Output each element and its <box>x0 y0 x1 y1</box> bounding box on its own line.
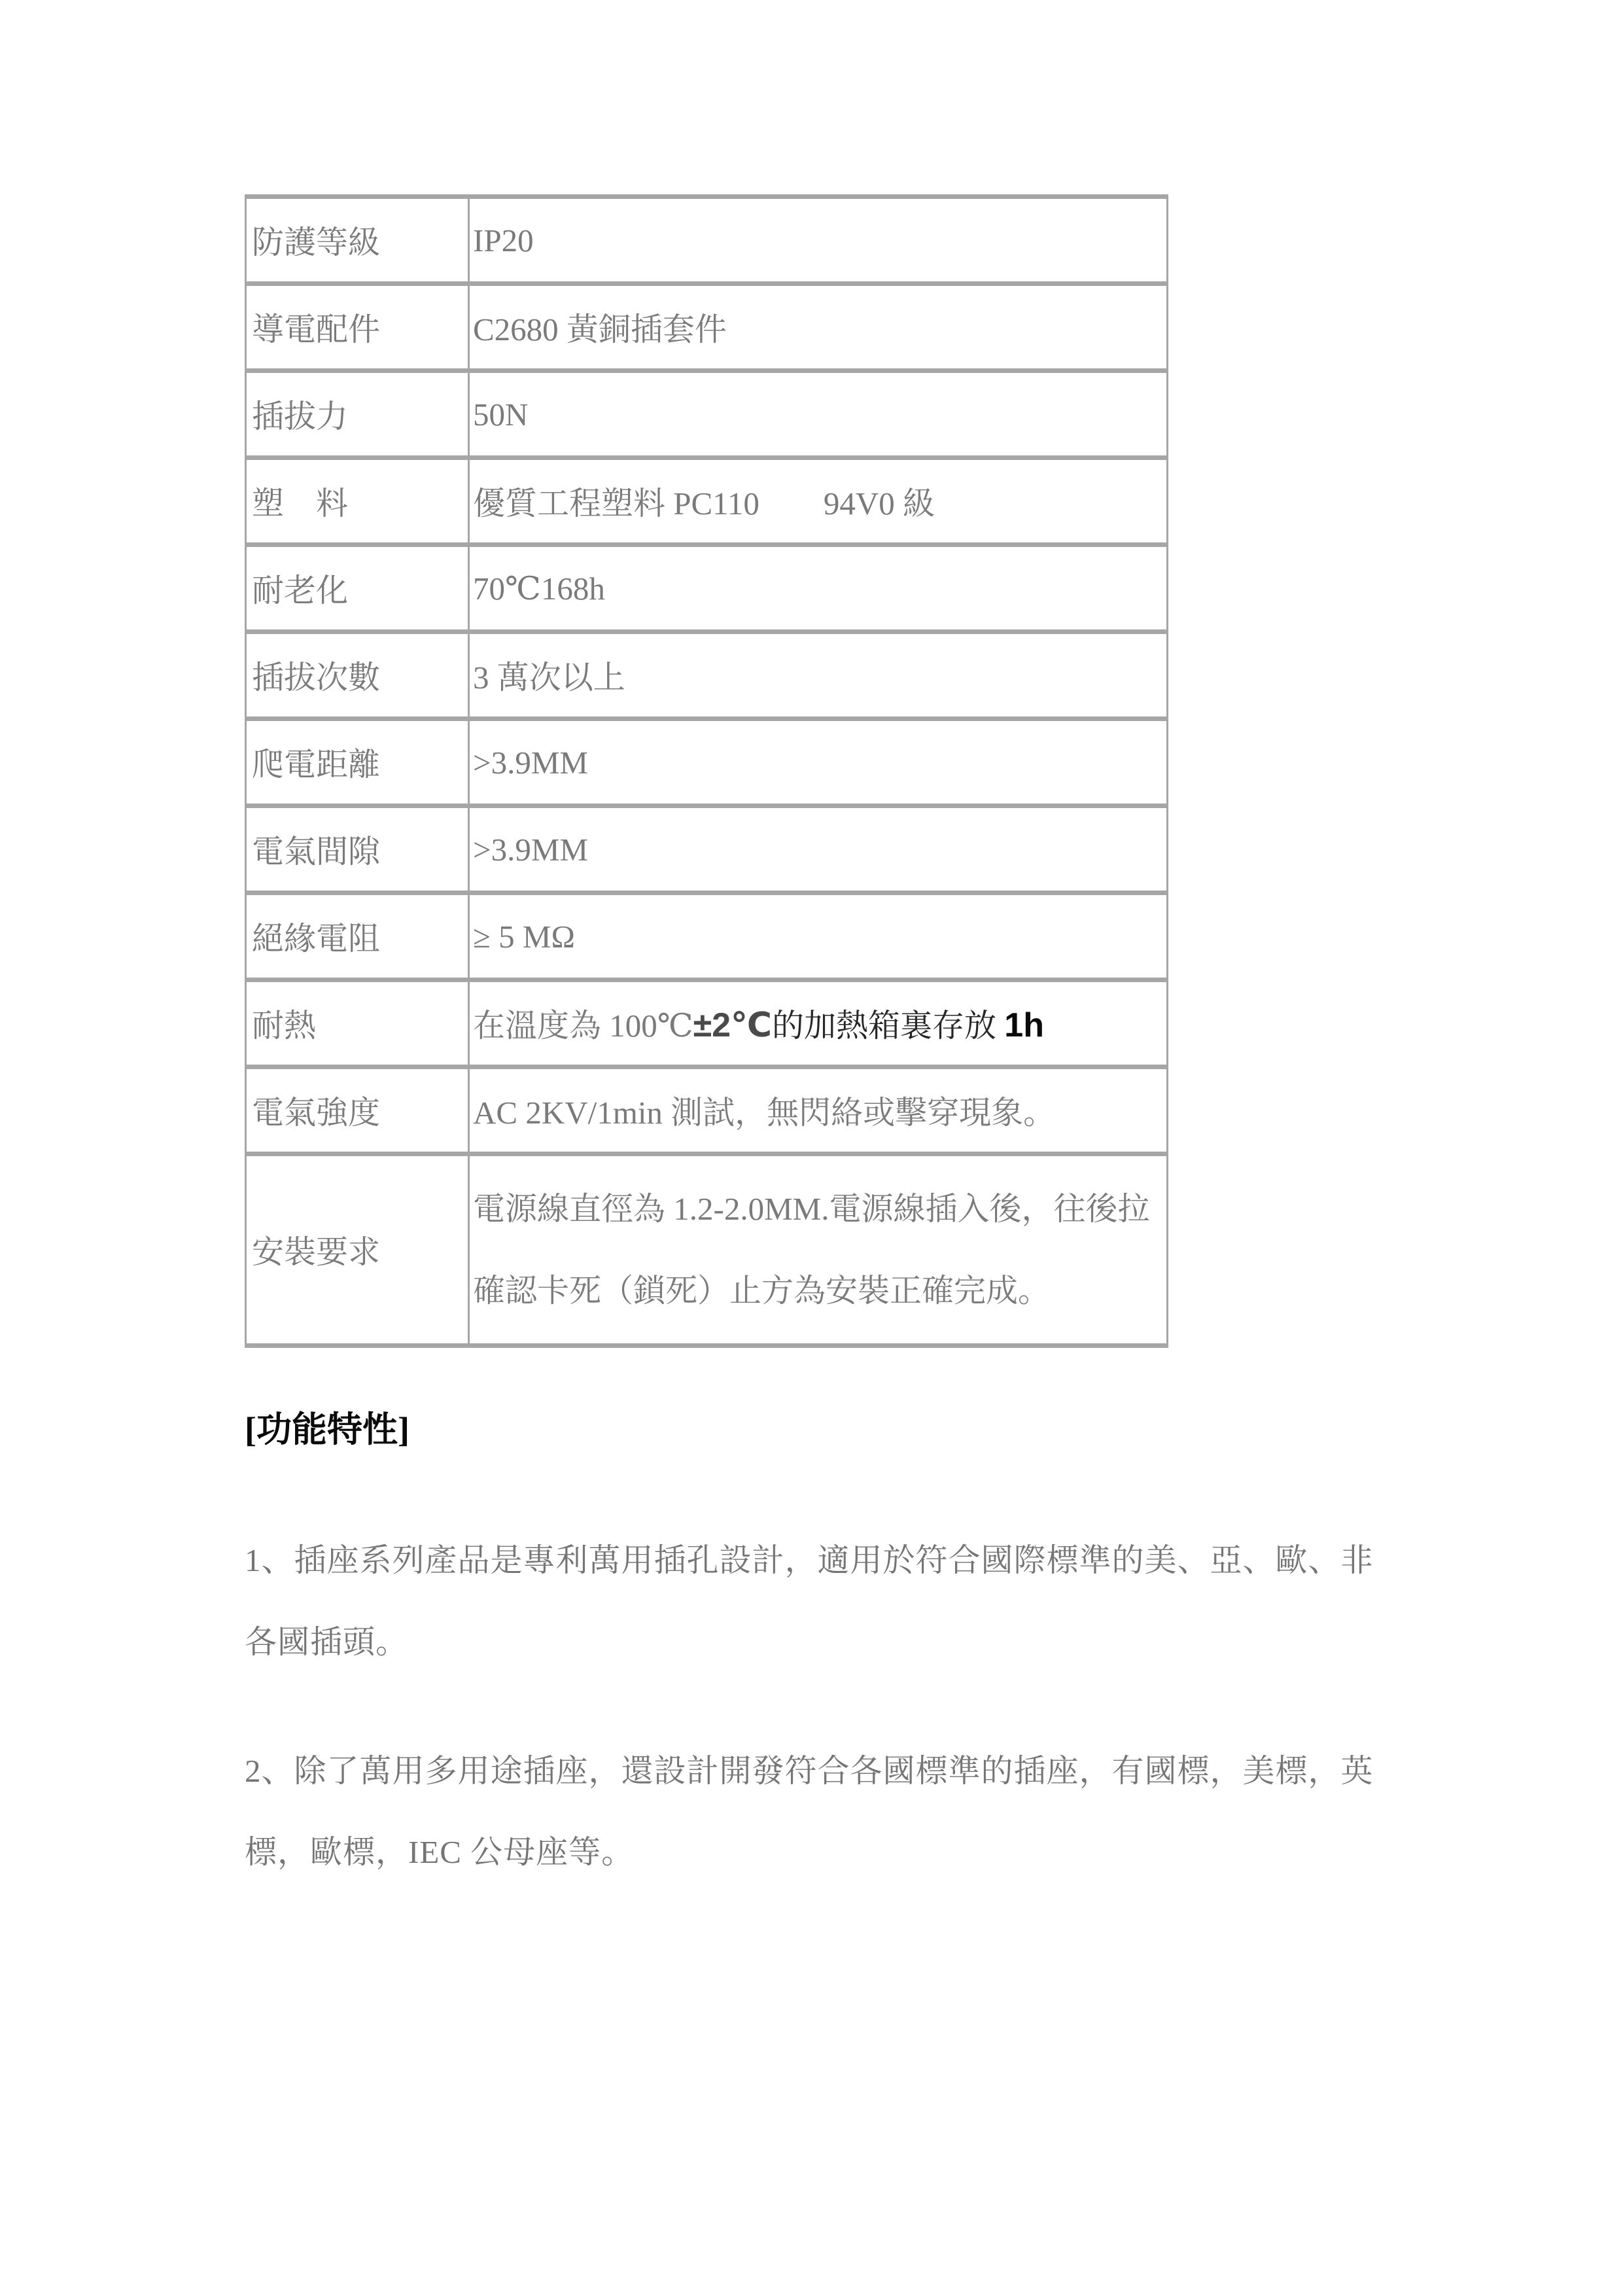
feature-paragraph-line: 1、插座系列產品是專利萬用插孔設計，適用於符合國際標準的美、亞、歐、非 <box>245 1540 1374 1581</box>
spec-value: >3.9MM <box>469 719 1168 806</box>
spec-value: 優質工程塑料 PC110 94V0 級 <box>469 458 1168 545</box>
spec-value-line: 電源線直徑為 1.2-2.0MM.電源線插入後，往後拉 <box>473 1168 1162 1250</box>
spec-value: 50N <box>469 371 1168 458</box>
spec-value: 70℃168h <box>469 545 1168 632</box>
spec-value: AC 2KV/1min 測試，無閃絡或擊穿現象。 <box>469 1067 1168 1154</box>
table-row: 插拔力 50N <box>246 371 1168 458</box>
spec-label: 耐老化 <box>246 545 469 632</box>
feature-paragraph-line: 標，歐標，IEC 公母座等。 <box>245 1831 634 1873</box>
features-section-title: [功能特性] <box>245 1408 410 1451</box>
table-row: 安裝要求 電源線直徑為 1.2-2.0MM.電源線插入後，往後拉 確認卡死（鎖死… <box>246 1154 1168 1346</box>
spec-value: C2680 黃銅插套件 <box>469 284 1168 371</box>
spec-value-mixed: 在溫度為 100℃±2℃的加熱箱裏存放 1h <box>469 980 1168 1067</box>
spec-label: 塑 料 <box>246 458 469 545</box>
table-row: 爬電距離 >3.9MM <box>246 719 1168 806</box>
spec-value-multiline: 電源線直徑為 1.2-2.0MM.電源線插入後，往後拉 確認卡死（鎖死）止方為安… <box>469 1154 1168 1346</box>
spec-label: 耐熱 <box>246 980 469 1067</box>
document-page: 防護等級 IP20 導電配件 C2680 黃銅插套件 插拔力 50N 塑 料 優… <box>0 0 1623 2296</box>
spec-value: >3.9MM <box>469 806 1168 893</box>
spec-value: 3 萬次以上 <box>469 632 1168 719</box>
table-row: 耐熱 在溫度為 100℃±2℃的加熱箱裏存放 1h <box>246 980 1168 1067</box>
spec-label: 爬電距離 <box>246 719 469 806</box>
table-row: 防護等級 IP20 <box>246 197 1168 284</box>
spec-table: 防護等級 IP20 導電配件 C2680 黃銅插套件 插拔力 50N 塑 料 優… <box>245 194 1168 1348</box>
heat-value-part: 在溫度為 100℃ <box>473 1008 693 1044</box>
spec-label: 防護等級 <box>246 197 469 284</box>
table-row: 絕緣電阻 ≥ 5 MΩ <box>246 893 1168 980</box>
spec-label: 插拔次數 <box>246 632 469 719</box>
spec-label: 導電配件 <box>246 284 469 371</box>
spec-value: IP20 <box>469 197 1168 284</box>
table-row: 導電配件 C2680 黃銅插套件 <box>246 284 1168 371</box>
spec-label: 電氣強度 <box>246 1067 469 1154</box>
table-row: 插拔次數 3 萬次以上 <box>246 632 1168 719</box>
table-row: 塑 料 優質工程塑料 PC110 94V0 級 <box>246 458 1168 545</box>
feature-paragraph-line: 2、除了萬用多用途插座，還設計開發符合各國標準的插座，有國標，美標，英 <box>245 1750 1374 1792</box>
feature-paragraph-line: 各國插頭。 <box>245 1621 408 1663</box>
spec-label: 絕緣電阻 <box>246 893 469 980</box>
heat-value-part: ±2℃ <box>693 1006 772 1044</box>
table-row: 耐老化 70℃168h <box>246 545 1168 632</box>
spec-value-line: 確認卡死（鎖死）止方為安裝正確完成。 <box>473 1250 1162 1332</box>
spec-value: ≥ 5 MΩ <box>469 893 1168 980</box>
spec-label: 插拔力 <box>246 371 469 458</box>
table-row: 電氣強度 AC 2KV/1min 測試，無閃絡或擊穿現象。 <box>246 1067 1168 1154</box>
table-row: 電氣間隙 >3.9MM <box>246 806 1168 893</box>
heat-value-part: 的加熱箱裏存放 <box>772 1008 1004 1044</box>
heat-value-part: 1h <box>1004 1006 1044 1044</box>
spec-label: 安裝要求 <box>246 1154 469 1346</box>
spec-label: 電氣間隙 <box>246 806 469 893</box>
